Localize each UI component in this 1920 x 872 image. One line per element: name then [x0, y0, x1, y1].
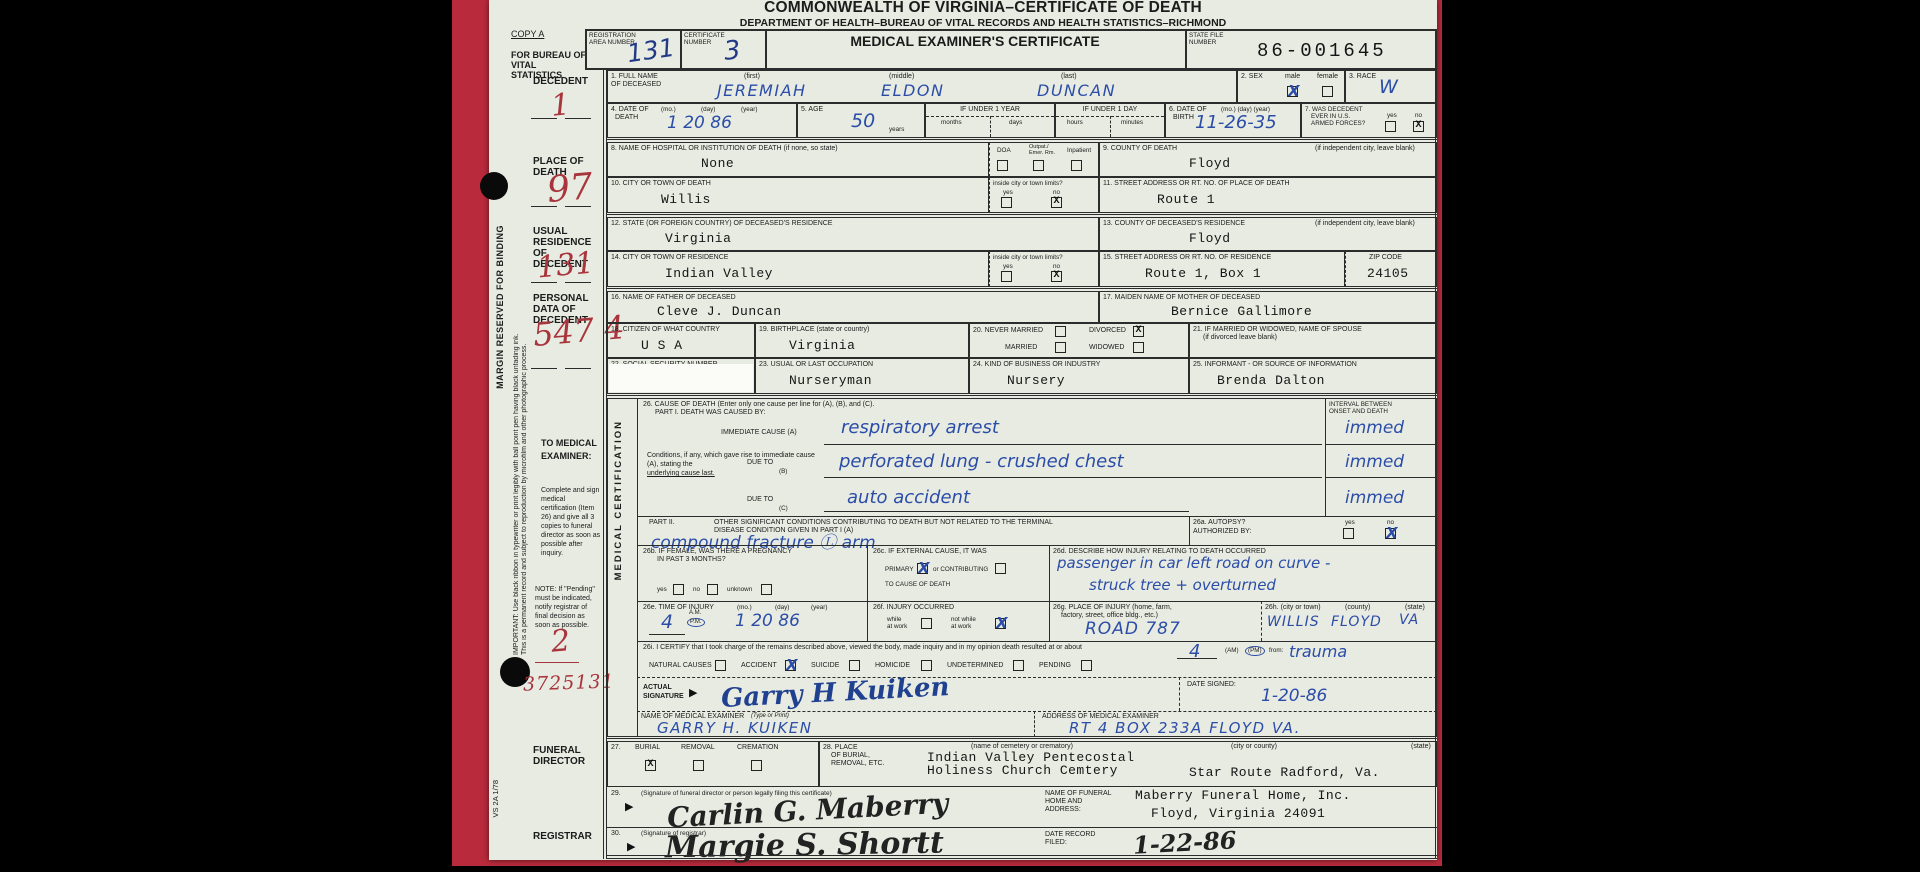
pm-label-circled: P.M. — [687, 618, 705, 627]
blank-line — [531, 118, 557, 119]
race-label: 3. RACE — [1349, 73, 1376, 80]
full-name-label: 1. FULL NAME — [611, 73, 658, 80]
dod-label: 4. DATE OF — [611, 106, 649, 113]
burial-city-value: Star Route Radford, Va. — [1189, 765, 1380, 780]
limits-res-yes-label: yes — [1003, 263, 1013, 270]
file-number-stamp: 3725131 — [523, 670, 615, 695]
age-value: 50 — [851, 110, 875, 132]
under1day-minutes: minutes — [1121, 119, 1143, 126]
occupation-label: 23. USUAL OR LAST OCCUPATION — [759, 361, 873, 368]
contributing-checkbox[interactable] — [995, 563, 1006, 574]
injury-description-value1: passenger in car left road on curve - — [1057, 554, 1330, 572]
county-res-note: (if independent city, leave blank) — [1315, 220, 1415, 227]
informant-label: 25. INFORMANT - OR SOURCE OF INFORMATION — [1193, 361, 1357, 368]
injury-county-hint: (county) — [1345, 604, 1370, 611]
interval-label: INTERVAL BETWEEN — [1329, 401, 1392, 408]
injury-time-value: 4 — [661, 611, 673, 633]
divider — [1325, 477, 1437, 478]
pregnancy-no-checkbox[interactable] — [707, 584, 718, 595]
pregnancy-label: 26b. IF FEMALE, WAS THERE A PREGNANCY — [643, 548, 792, 555]
due-to-c-label: DUE TO — [747, 496, 773, 503]
place-of-injury-label: 26g. PLACE OF INJURY (home, farm, — [1053, 604, 1172, 611]
divider — [1325, 444, 1437, 445]
cause-a-value: respiratory arrest — [841, 417, 999, 438]
to-medical-examiner-label: TO MEDICAL EXAMINER: — [541, 437, 597, 463]
divider — [1189, 516, 1190, 545]
mother-label: 17. MAIDEN NAME OF MOTHER OF DECEASED — [1103, 294, 1260, 301]
injury-occurred-label: 26f. INJURY OCCURRED — [873, 604, 954, 611]
me-address-value: RT 4 BOX 233A FLOYD VA. — [1069, 719, 1301, 737]
divider — [1261, 601, 1262, 641]
while-at-work-label2: at work — [887, 623, 907, 630]
armed-label2: EVER IN U.S. — [1311, 113, 1350, 120]
divider — [1179, 677, 1180, 711]
pending-checkbox-label: PENDING — [1039, 662, 1071, 669]
cremation-checkbox[interactable] — [751, 760, 762, 771]
medical-certification-vertical-label: MEDICAL CERTIFICATION — [613, 420, 624, 720]
certificate-number-value: 3 — [722, 35, 742, 67]
street-death-value: Route 1 — [1157, 192, 1215, 207]
place-of-injury-value: ROAD 787 — [1085, 619, 1181, 639]
undetermined-label: UNDETERMINED — [947, 662, 1003, 669]
blank-line — [565, 368, 591, 369]
dob-label2: BIRTH — [1173, 114, 1194, 121]
section-funeral-director: FUNERAL DIRECTOR — [533, 745, 593, 767]
blank-line — [1177, 658, 1217, 659]
doa-checkbox[interactable] — [997, 160, 1008, 171]
divider — [867, 545, 868, 601]
armed-yes-checkbox[interactable] — [1385, 121, 1396, 132]
divorced-label: DIVORCED — [1089, 327, 1126, 334]
dod-day-hint: (day) — [701, 106, 715, 113]
limits-death-label: inside city or town limits? — [993, 180, 1063, 187]
section-decedent: DECEDENT — [533, 76, 588, 87]
limits-res-no-label: no — [1053, 263, 1060, 270]
county-death-note: (if independent city, leave blank) — [1315, 145, 1415, 152]
state-file-label: STATE FILE NUMBER — [1189, 32, 1241, 46]
ssn-whiteout-patch — [609, 364, 753, 392]
interval-label2: ONSET AND DEATH — [1329, 408, 1388, 415]
signature-arrow-icon: ▶ — [689, 686, 697, 699]
injury-county-value: FLOYD — [1331, 614, 1382, 630]
name-middle-value: ELDON — [881, 81, 944, 100]
injury-state-hint: (state) — [1405, 604, 1425, 611]
undetermined-checkbox[interactable] — [1013, 660, 1024, 671]
industry-value: Nursery — [1007, 373, 1065, 388]
industry-label: 24. KIND OF BUSINESS OR INDUSTRY — [973, 361, 1100, 368]
dod-year-hint: (year) — [741, 106, 757, 113]
copy-label: COPY A — [511, 29, 544, 39]
armed-no-checkbox[interactable]: X — [1413, 121, 1424, 132]
married-label: MARRIED — [1005, 344, 1037, 351]
place-burial-label3: REMOVAL, ETC. — [831, 760, 885, 767]
limits-death-yes-label: yes — [1003, 189, 1013, 196]
section-registrar: REGISTRAR — [533, 831, 592, 842]
widowed-checkbox[interactable] — [1133, 342, 1144, 353]
age-unit: years — [889, 126, 904, 133]
removal-label: REMOVAL — [681, 744, 715, 751]
never-married-label: 20. NEVER MARRIED — [973, 327, 1043, 334]
funeral-home-name: Maberry Funeral Home, Inc. — [1135, 788, 1351, 803]
from-cause-value: trauma — [1289, 642, 1347, 661]
blank-line — [565, 118, 591, 119]
doa-label: DOA — [997, 147, 1011, 154]
never-married-checkbox[interactable] — [1055, 326, 1066, 337]
c-tag: (C) — [779, 505, 788, 512]
pregnancy-yes-label: yes — [657, 586, 667, 593]
contributing-label: or CONTRIBUTING — [933, 566, 988, 573]
interval-b-value: immed — [1345, 452, 1404, 472]
county-death-label: 9. COUNTY OF DEATH — [1103, 145, 1177, 152]
zip-value: 24105 — [1367, 266, 1409, 281]
citizen-label: 18. CITIZEN OF WHAT COUNTRY — [611, 326, 720, 333]
limits-death-no-checkbox[interactable]: X — [1051, 197, 1062, 208]
divider — [637, 545, 1437, 546]
divider — [637, 516, 1437, 517]
death-pm-label-circled: (PM) — [1245, 646, 1265, 656]
state-res-label: 12. STATE (OR FOREIGN COUNTRY) OF DECEAS… — [611, 220, 832, 227]
date-signed-value: 1-20-86 — [1261, 686, 1327, 706]
pregnancy-yes-checkbox[interactable] — [673, 584, 684, 595]
outpatient-label2: Emer. Rm. — [1029, 150, 1055, 156]
pregnancy-label2: IN PAST 3 MONTHS? — [657, 556, 726, 563]
cemetery-value-line2: Holiness Church Cemtery — [927, 763, 1118, 778]
name-last-value: DUNCAN — [1037, 81, 1116, 100]
cremation-label: CREMATION — [737, 744, 778, 751]
autopsy-yes-label: yes — [1345, 519, 1355, 526]
city-death-value: Willis — [661, 192, 711, 207]
county-res-label: 13. COUNTY OF DECEASED'S RESIDENCE — [1103, 220, 1245, 227]
margin-important-text: IMPORTANT: Use black ribbon in typewrite… — [513, 185, 528, 655]
form-number: VS 2A 1/78 — [491, 780, 500, 850]
dod-value: 1 20 86 — [667, 113, 732, 133]
pregnancy-unknown-label: unknown — [727, 586, 752, 593]
suicide-label: SUICIDE — [811, 662, 839, 669]
funeral-home-address: Floyd, Virginia 24091 — [1151, 806, 1325, 821]
funeral-home-label3: ADDRESS: — [1045, 806, 1081, 813]
to-medical-examiner-body: Complete and sign medical certification … — [541, 486, 601, 558]
state-hint: (state) — [1411, 743, 1431, 750]
homicide-label: HOMICIDE — [875, 662, 910, 669]
county-res-value: Floyd — [1189, 231, 1231, 246]
accident-checkbox[interactable]: X — [785, 660, 796, 671]
injury-state-value: VA — [1399, 612, 1419, 628]
not-while-at-work-label2: at work — [951, 623, 971, 630]
autopsy-no-checkbox[interactable]: X — [1385, 528, 1396, 539]
registrar-signature[interactable]: Margie S. Shortt — [665, 826, 944, 866]
signature-arrow-icon: ▶ — [627, 840, 635, 853]
city-res-value: Indian Valley — [665, 266, 773, 281]
street-death-label: 11. STREET ADDRESS OR RT. NO. OF PLACE O… — [1103, 180, 1290, 187]
name-first-value: JEREMIAH — [717, 81, 807, 100]
divorced-checkbox[interactable]: X — [1133, 326, 1144, 337]
cause-b-line — [824, 477, 1322, 478]
death-am-label: (AM) — [1225, 647, 1239, 654]
sex-male-label: male — [1285, 73, 1300, 80]
from-label: from: — [1269, 647, 1283, 654]
armed-label: 7. WAS DECEDENT — [1305, 106, 1363, 113]
funeral-home-label: NAME OF FUNERAL — [1045, 790, 1112, 797]
blank-line — [531, 206, 557, 207]
date-filed-label: DATE RECORD — [1045, 831, 1095, 838]
suicide-checkbox[interactable] — [849, 660, 860, 671]
place-of-injury-label2: factory, street, office bldg., etc.) — [1061, 612, 1158, 619]
pending-checkbox[interactable] — [1081, 660, 1092, 671]
sex-male-checkbox[interactable]: X — [1287, 86, 1298, 97]
middle-hint: (middle) — [889, 73, 914, 80]
limits-death-no-label: no — [1053, 189, 1060, 196]
me-certificate-title: MEDICAL EXAMINER'S CERTIFICATE — [785, 33, 1165, 50]
informant-value: Brenda Dalton — [1217, 373, 1325, 388]
injury-city-value: WILLIS — [1267, 614, 1320, 630]
not-while-at-work-checkbox[interactable]: X — [995, 618, 1006, 629]
conditions-note-underlined: underlying cause last. — [647, 470, 715, 477]
actual-signature-label2: SIGNATURE — [643, 693, 684, 700]
occupation-value: Nurseryman — [789, 373, 872, 388]
accident-label: ACCIDENT — [741, 662, 777, 669]
blank-line — [649, 634, 685, 635]
blank-line — [531, 368, 557, 369]
mother-value: Bernice Gallimore — [1171, 304, 1312, 319]
pregnancy-unknown-checkbox[interactable] — [761, 584, 772, 595]
not-while-at-work-label: not while — [951, 616, 976, 623]
father-value: Cleve J. Duncan — [657, 304, 782, 319]
page-title: COMMONWEALTH OF VIRGINIA–CERTIFICATE OF … — [529, 0, 1437, 17]
blank-line — [565, 206, 591, 207]
age-label: 5. AGE — [801, 106, 823, 113]
first-hint: (first) — [744, 73, 760, 80]
divider — [607, 827, 1437, 828]
father-label: 16. NAME OF FATHER OF DECEASED — [611, 294, 736, 301]
autopsy-label2: AUTHORIZED BY: — [1193, 528, 1251, 535]
cemetery-hint: (name of cemetery or crematory) — [971, 743, 1073, 750]
state-file-value: 86-001645 — [1257, 40, 1387, 62]
under1yr-months: months — [941, 119, 962, 126]
inpatient-label: Inpatient — [1067, 147, 1091, 154]
to-cause-of-death-label: TO CAUSE OF DEATH — [885, 581, 950, 588]
blank-line — [565, 282, 591, 283]
divider — [1049, 545, 1050, 641]
city-county-hint: (city or county) — [1231, 743, 1277, 750]
removal-checkbox[interactable] — [693, 760, 704, 771]
injury-year-hint: (year) — [811, 604, 827, 611]
funeral-signature-number: 29. — [611, 790, 621, 797]
burial-label: BURIAL — [635, 744, 660, 751]
dod-label2: DEATH — [615, 114, 638, 121]
pregnancy-no-label: no — [693, 586, 700, 593]
primary-label: PRIMARY — [885, 566, 914, 573]
blank-line — [535, 662, 579, 663]
hole-punch — [480, 172, 508, 200]
dob-value: 11-26-35 — [1195, 112, 1277, 133]
disposition-number: 27. — [611, 744, 621, 751]
armed-label3: ARMED FORCES? — [1311, 120, 1365, 127]
limits-res-label: inside city or town limits? — [993, 254, 1063, 261]
cause-b-value: perforated lung - crushed chest — [839, 451, 1124, 472]
time-of-injury-label: 26e. TIME OF INJURY — [643, 604, 714, 611]
cause-of-death-label: 26. CAUSE OF DEATH (Enter only one cause… — [643, 401, 874, 408]
place-of-death-stamp: 97 — [545, 166, 594, 211]
full-name-label2: OF DECEASED — [611, 81, 661, 88]
immediate-cause-label: IMMEDIATE CAUSE (A) — [721, 429, 797, 436]
date-signed-label: DATE SIGNED: — [1187, 681, 1236, 688]
divider — [1110, 116, 1111, 137]
interval-column-border — [1325, 398, 1326, 516]
armed-no-label: no — [1415, 112, 1422, 119]
actual-signature-label: ACTUAL — [643, 684, 672, 691]
divider — [1185, 29, 1187, 70]
homicide-checkbox[interactable] — [921, 660, 932, 671]
under1yr-label: IF UNDER 1 YEAR — [937, 106, 1043, 113]
married-checkbox[interactable] — [1055, 342, 1066, 353]
natural-causes-label: NATURAL CAUSES — [649, 662, 712, 669]
hospital-label: 8. NAME OF HOSPITAL OR INSTITUTION OF DE… — [611, 145, 838, 152]
spouse-note: (if divorced leave blank) — [1203, 334, 1277, 341]
autopsy-yes-checkbox[interactable] — [1343, 528, 1354, 539]
cause-a-line — [824, 444, 1322, 445]
registrar-number: 30. — [611, 830, 621, 837]
cause-c-line — [824, 511, 1189, 512]
divider — [765, 29, 767, 70]
me-name-value: GARRY H. KUIKEN — [657, 719, 813, 737]
autopsy-label: 26a. AUTOPSY? — [1193, 519, 1245, 526]
bottom-border — [607, 855, 1437, 859]
natural-causes-checkbox[interactable] — [715, 660, 726, 671]
b-tag: (B) — [779, 468, 787, 475]
city-res-label: 14. CITY OR TOWN OF RESIDENCE — [611, 254, 728, 261]
limits-death-yes-checkbox[interactable] — [1001, 197, 1012, 208]
under1day-hours: hours — [1067, 119, 1083, 126]
scanned-death-certificate: MARGIN RESERVED FOR BINDING IMPORTANT: U… — [0, 0, 1920, 872]
certify-statement: 26i. I CERTIFY that I took charge of the… — [643, 644, 1082, 651]
part2-label: PART II. — [649, 519, 675, 526]
sex-female-checkbox[interactable] — [1322, 86, 1333, 97]
page-subtitle: DEPARTMENT OF HEALTH–BUREAU OF VITAL REC… — [529, 17, 1437, 29]
inpatient-checkbox[interactable] — [1071, 160, 1082, 171]
hospital-value: None — [701, 156, 734, 171]
funeral-home-label2: HOME AND — [1045, 798, 1082, 805]
injury-mo-hint: (mo.) — [737, 604, 752, 611]
race-value: W — [1379, 76, 1398, 98]
interval-a-value: immed — [1345, 418, 1404, 438]
part1-label: PART I. DEATH WAS CAUSED BY: — [655, 409, 765, 416]
divider — [1034, 711, 1035, 737]
place-burial-label2: OF BURIAL, — [831, 752, 870, 759]
cause-c-value: auto accident — [847, 487, 970, 508]
part2-text: OTHER SIGNIFICANT CONDITIONS CONTRIBUTIN… — [714, 519, 1053, 526]
widowed-label: WIDOWED — [1089, 344, 1124, 351]
sex-female-label: female — [1317, 73, 1338, 80]
signature-arrow-icon: ▶ — [625, 800, 633, 813]
birthplace-label: 19. BIRTHPLACE (state or country) — [759, 326, 869, 333]
sex-label: 2. SEX — [1241, 73, 1263, 80]
external-cause-label: 26c. IF EXTERNAL CAUSE, IT WAS — [873, 548, 987, 555]
under1day-label: IF UNDER 1 DAY — [1063, 106, 1157, 113]
injury-date-value: 1 20 86 — [735, 611, 800, 631]
dod-mo-hint: (mo.) — [661, 106, 676, 113]
date-filed-label2: FILED: — [1045, 839, 1067, 846]
county-death-value: Floyd — [1189, 156, 1231, 171]
city-death-label: 10. CITY OR TOWN OF DEATH — [611, 180, 711, 187]
while-at-work-label: while — [887, 616, 901, 623]
street-res-value: Route 1, Box 1 — [1145, 266, 1261, 281]
street-res-label: 15. STREET ADDRESS OR RT. NO. OF RESIDEN… — [1103, 254, 1271, 261]
burial-checkbox[interactable]: X — [645, 760, 656, 771]
divider — [637, 711, 1437, 712]
blank-line — [531, 282, 557, 283]
primary-checkbox[interactable]: X — [917, 563, 928, 574]
am-label: A.M. — [689, 610, 701, 616]
last-hint: (last) — [1061, 73, 1077, 80]
divider — [990, 116, 991, 137]
divider — [867, 601, 868, 641]
outpatient-checkbox[interactable] — [1033, 160, 1044, 171]
margin-binding-text: MARGIN RESERVED FOR BINDING — [495, 225, 505, 515]
divider — [680, 29, 682, 70]
divider — [637, 398, 638, 737]
divider — [637, 677, 1437, 678]
state-res-value: Virginia — [665, 231, 731, 246]
birthplace-value: Virginia — [789, 338, 855, 353]
limits-res-yes-checkbox[interactable] — [1001, 271, 1012, 282]
divider — [637, 601, 1437, 602]
injury-description-value2: struck tree + overturned — [1089, 576, 1276, 594]
interval-c-value: immed — [1345, 488, 1404, 508]
zip-label: ZIP CODE — [1369, 254, 1402, 261]
under1yr-days: days — [1009, 119, 1022, 126]
while-at-work-checkbox[interactable] — [921, 618, 932, 629]
copies-stamp: 2 — [550, 623, 572, 660]
injury-day-hint: (day) — [775, 604, 789, 611]
armed-yes-label: yes — [1387, 112, 1397, 119]
injury-city-hint: 26h. (city or town) — [1265, 604, 1321, 611]
limits-res-no-checkbox[interactable]: X — [1051, 271, 1062, 282]
usual-residence-stamp: 131 — [536, 246, 596, 286]
spouse-label: 21. IF MARRIED OR WIDOWED, NAME OF SPOUS… — [1193, 326, 1362, 333]
citizen-value: U S A — [641, 338, 683, 353]
conditions-note: Conditions, if any, which gave rise to i… — [647, 452, 817, 469]
place-burial-label: 28. PLACE — [823, 744, 858, 751]
certificate-paper: MARGIN RESERVED FOR BINDING IMPORTANT: U… — [489, 0, 1437, 860]
